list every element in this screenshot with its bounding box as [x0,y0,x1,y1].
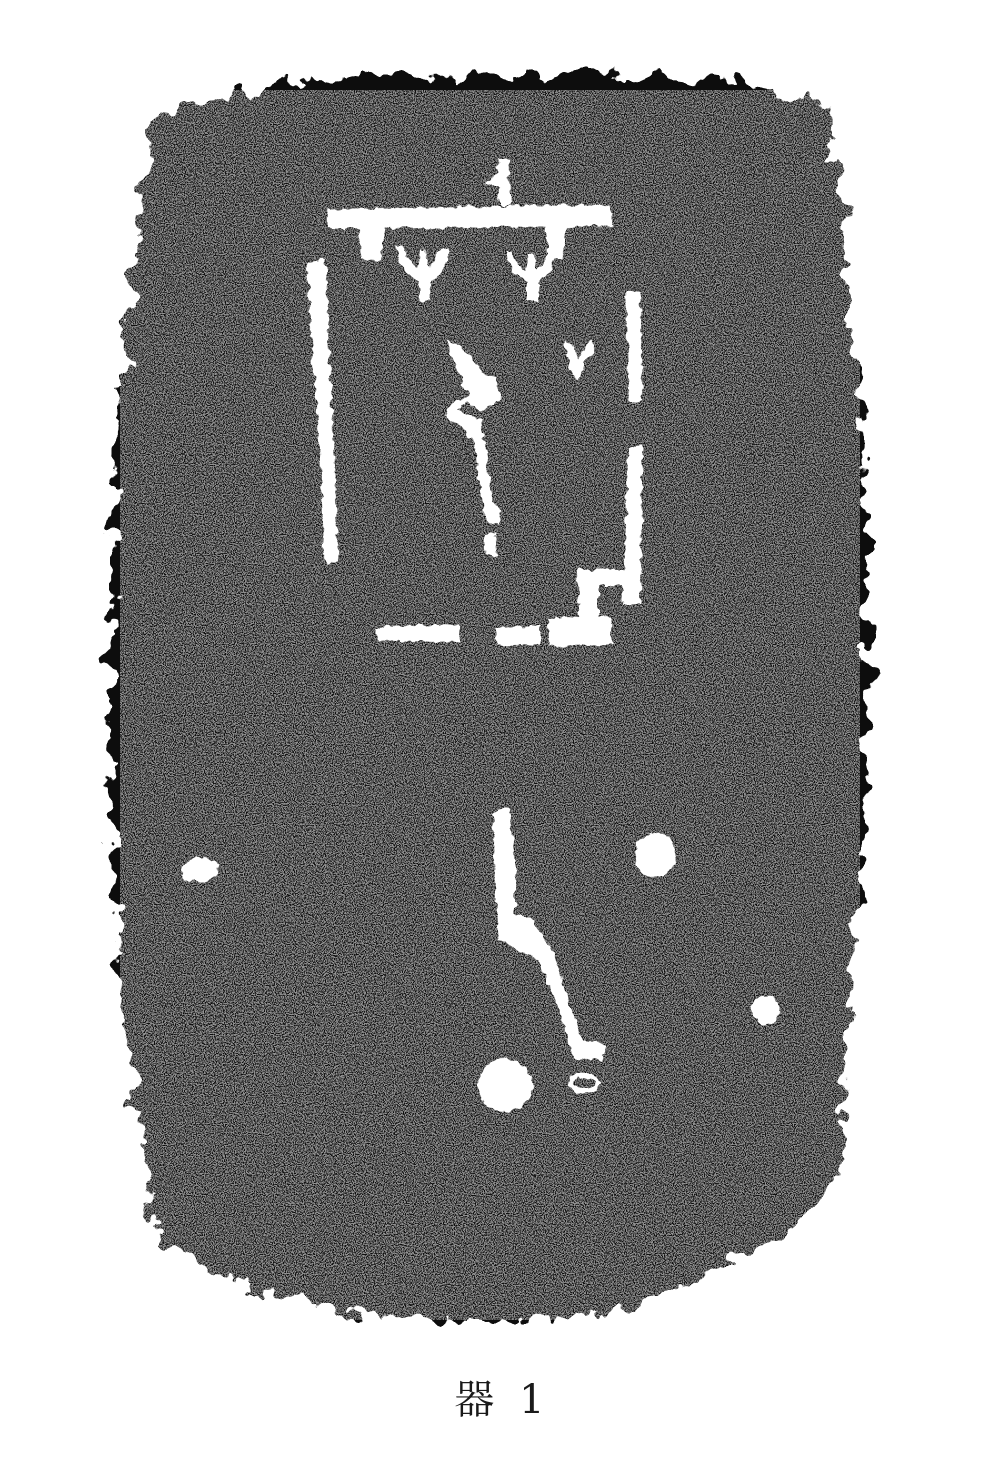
figure-caption: 器 1 [0,1368,1005,1425]
rubbing-figure [0,0,1005,1477]
rubbing-ink-area [110,74,868,1321]
